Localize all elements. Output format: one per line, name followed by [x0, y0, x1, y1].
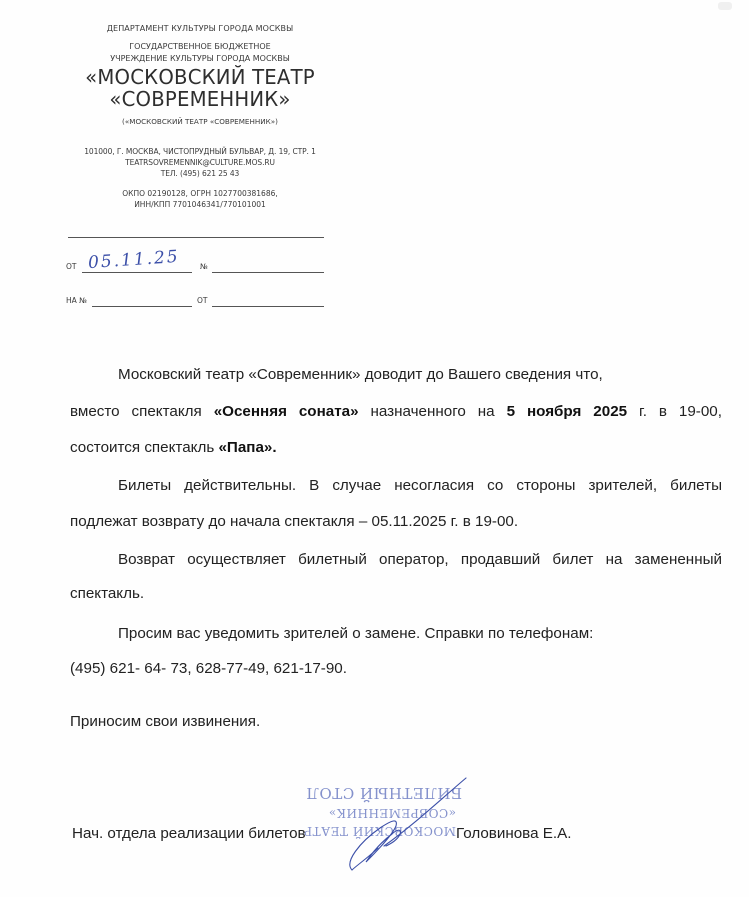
organization-short-name: («МОСКОВСКИЙ ТЕАТР «СОВРЕМЕННИК») [60, 117, 340, 127]
scan-artifact [718, 2, 732, 10]
paragraph-2-line-1: Билеты действительны. В случае несогласи… [70, 477, 722, 494]
paragraph-1-line-3: состоится спектакль «Папа». [70, 439, 722, 456]
reply-from-label: ОТ [197, 296, 208, 305]
inn-kpp: ИНН/КПП 7701046341/770101001 [60, 199, 340, 210]
registration-codes: ОКПО 02190128, ОГРН 1027700381686, ИНН/К… [60, 188, 340, 210]
paragraph-4-line-2: (495) 621- 64- 73, 628-77-49, 621-17-90. [70, 660, 722, 677]
number-label: № [200, 262, 208, 271]
phone-number: ТЕЛ. (495) 621 25 43 [60, 168, 340, 179]
reply-to-line [92, 306, 192, 307]
email-address: TEATRSOVREMENNIK@CULTURE.MOS.RU [60, 157, 340, 168]
title-line-1: «МОСКОВСКИЙ ТЕАТР [66, 66, 335, 88]
from-date-label: ОТ [66, 262, 77, 271]
paragraph-4-line-1: Просим вас уведомить зрителей о замене. … [70, 625, 722, 642]
text-scheduled-for: назначенного на [370, 403, 494, 420]
handwritten-signature-icon [340, 770, 470, 880]
institution-line-1: ГОСУДАРСТВЕННОЕ БЮДЖЕТНОЕ [60, 41, 340, 53]
letter-page: ДЕПАРТАМЕНТ КУЛЬТУРЫ ГОРОДА МОСКВЫ ГОСУД… [0, 0, 749, 897]
signatory-role: Нач. отдела реализации билетов [72, 825, 306, 842]
letterhead: ДЕПАРТАМЕНТ КУЛЬТУРЫ ГОРОДА МОСКВЫ ГОСУД… [60, 20, 340, 210]
from-date-value: 05.11.25 [87, 247, 180, 273]
text-will-take-place: состоится спектакль [70, 439, 214, 456]
paragraph-2-line-2: подлежат возврату до начала спектакля – … [70, 513, 722, 530]
cancelled-show-title: «Осенняя соната» [214, 403, 359, 420]
title-line-2: «СОВРЕМЕННИК» [66, 88, 335, 110]
organization-title: «МОСКОВСКИЙ ТЕАТР «СОВРЕМЕННИК» [66, 66, 335, 110]
replacement-show-title: «Папа». [218, 439, 276, 456]
okpo-ogrn: ОКПО 02190128, ОГРН 1027700381686, [60, 188, 340, 199]
reply-to-label: НА № [66, 296, 87, 305]
paragraph-1-line-1: Московский театр «Современник» доводит д… [70, 366, 722, 383]
show-date: 5 ноября 2025 [507, 403, 628, 420]
paragraph-1-line-2: вместо спектакля «Осенняя соната» назнач… [70, 403, 722, 420]
postal-address: 101000, Г. МОСКВА, ЧИСТОПРУДНЫЙ БУЛЬВАР,… [60, 146, 340, 157]
number-line [212, 272, 324, 273]
apology-line: Приносим свои извинения. [70, 713, 722, 730]
paragraph-3-line-1: Возврат осуществляет билетный оператор, … [70, 551, 722, 568]
contact-block: 101000, Г. МОСКВА, ЧИСТОПРУДНЫЙ БУЛЬВАР,… [60, 146, 340, 179]
institution-line-2: УЧРЕЖДЕНИЕ КУЛЬТУРЫ ГОРОДА МОСКВЫ [60, 53, 340, 65]
institution-type: ГОСУДАРСТВЕННОЕ БЮДЖЕТНОЕ УЧРЕЖДЕНИЕ КУЛ… [60, 41, 340, 65]
signatory-name: Головинова Е.А. [456, 825, 571, 842]
department-name: ДЕПАРТАМЕНТ КУЛЬТУРЫ ГОРОДА МОСКВЫ [60, 23, 340, 34]
text-instead-of: вместо спектакля [70, 403, 202, 420]
paragraph-3-line-2: спектакль. [70, 585, 722, 602]
letterhead-divider [68, 237, 324, 238]
reply-from-line [212, 306, 324, 307]
text-time: г. в 19-00, [639, 403, 722, 420]
